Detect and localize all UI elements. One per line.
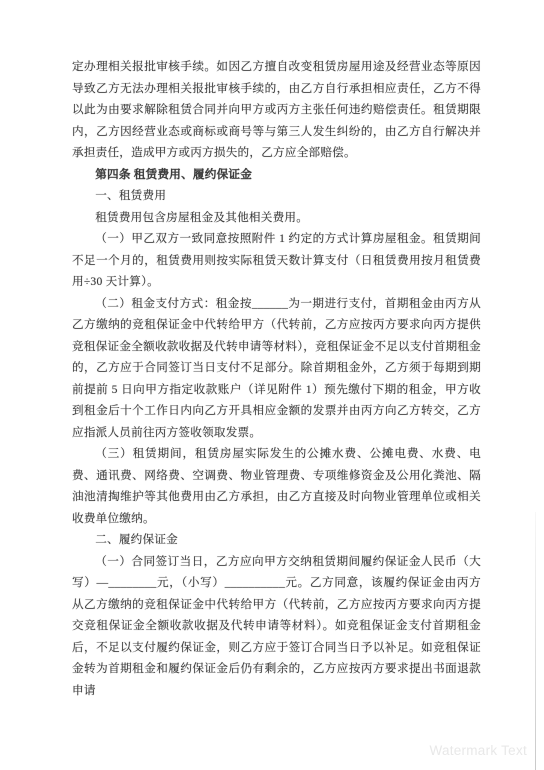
clause-1-deposit: （一）合同签订当日，乙方应向甲方交纳租赁期间履约保证金人民币（大写）—_____… (72, 551, 481, 702)
watermark-text: Watermark Text (429, 743, 527, 758)
paragraph-carryover: 定办理相关报批审核手续。如因乙方擅自改变租赁房屋用途及经营业态等原因导致乙方无法… (72, 56, 481, 164)
section-1-intro: 租赁费用包含房屋租金及其他相关费用。 (72, 207, 481, 229)
clause-2-rent-payment: （二）租金支付方式：租金按______为一期进行支付，首期租金由丙方从乙方缴纳的… (72, 293, 481, 444)
contract-text-block: 定办理相关报批审核手续。如因乙方擅自改变租赁房屋用途及经营业态等原因导致乙方无法… (72, 56, 481, 701)
section-1-title: 一、租赁费用 (72, 185, 481, 207)
scan-edge-artifact (535, 512, 536, 770)
contract-page: 定办理相关报批审核手续。如因乙方擅自改变租赁房屋用途及经营业态等原因导致乙方无法… (0, 0, 544, 770)
section-2-title: 二、履约保证金 (72, 529, 481, 551)
article-4-heading: 第四条 租赁费用、履约保证金 (72, 164, 481, 186)
clause-1-rent-calculation: （一）甲乙双方一致同意按照附件 1 约定的方式计算房屋租金。租赁期间不足一个月的… (72, 228, 481, 293)
clause-3-other-fees: （三）租赁期间，租赁房屋实际发生的公摊水费、公摊电费、水费、电费、通讯费、网络费… (72, 443, 481, 529)
